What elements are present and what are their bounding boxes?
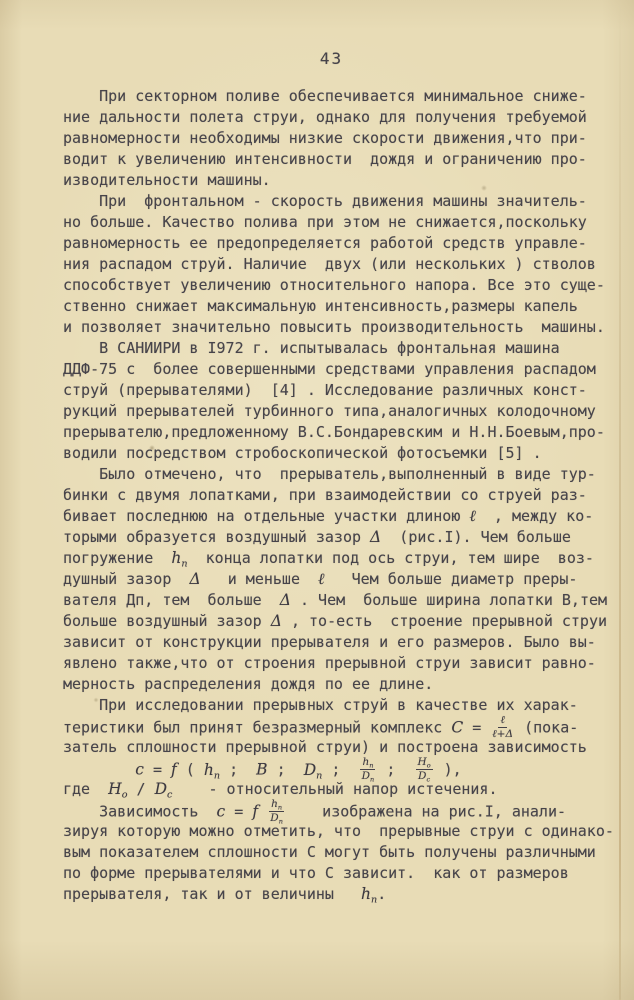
text-line: зависит от конструкции прерывателя и его… (63, 632, 623, 653)
scanned-page: 43 При секторном поливе обеспечивается м… (0, 0, 634, 1000)
handwritten-symbol: Dc (155, 780, 173, 798)
text-line: теристики был принят безразмерный компле… (63, 716, 623, 737)
text-line: явлено также,что от строения прерывной с… (63, 653, 623, 674)
text-line: ние дальности полета струи, однако для п… (63, 107, 623, 128)
handwritten-symbol: B (256, 761, 267, 779)
text-line: водили посредством стробоскопической фот… (63, 443, 623, 464)
handwritten-symbol: c (217, 803, 226, 821)
handwritten-symbol: Δ (370, 528, 381, 546)
text-line: погружение hп конца лопатки под ось стру… (63, 548, 623, 569)
paragraph: Было отмечено, что прерыватель,выполненн… (63, 464, 623, 695)
text-line: бинки с двумя лопатками, при взаимодейст… (63, 485, 623, 506)
text-line: рукций прерывателей турбинного типа,анал… (63, 401, 623, 422)
text-line: изводительности машины. (63, 170, 623, 191)
text-line: способствует увеличению относительного н… (63, 275, 623, 296)
text-line: прерывателя, так и от величины hп. (63, 884, 623, 905)
text-line: торыми образуется воздушный зазор Δ (рис… (63, 527, 623, 548)
handwritten-symbol: Ho (108, 780, 127, 798)
handwritten-symbol: Δ (280, 591, 291, 609)
text-line: струй (прерывателями) [4] . Исследование… (63, 380, 623, 401)
text-line: водит к увеличению интенсивности дождя и… (63, 149, 623, 170)
handwritten-symbol: C (451, 719, 463, 737)
page-text: При секторном поливе обеспечивается мини… (63, 86, 623, 905)
text-line: вым показателем сплошности С могут быть … (63, 842, 623, 863)
handwritten-symbol: hп (204, 761, 220, 779)
text-line: ственно снижает максимальную интенсивнос… (63, 296, 623, 317)
text-line: где Ho / Dc - относительный напор истече… (63, 779, 623, 800)
text-line: больше воздушный зазор Δ , то-есть строе… (63, 611, 623, 632)
handwritten-symbol: c (135, 761, 144, 779)
text-line: В САНИИРИ в I972 г. испытывалась фронтал… (63, 338, 623, 359)
paragraph: Зависимость c = f hпDп изображена на рис… (63, 800, 623, 905)
text-line: c = f ( hп ; B ; Dп ; hпDп ; HoDc ), (63, 758, 623, 779)
handwritten-symbol: f (171, 761, 177, 779)
text-line: бивает последнюю на отдельные участки дл… (63, 506, 623, 527)
text-line: и позволяет значительно повысить произво… (63, 317, 623, 338)
paragraph: В САНИИРИ в I972 г. испытывалась фронтал… (63, 338, 623, 464)
text-line: вателя Дп, тем больше Δ . Чем больше шир… (63, 590, 623, 611)
handwritten-symbol: ℓ (318, 570, 324, 588)
handwritten-symbol: Δ (271, 612, 282, 630)
handwritten-symbol: hп (171, 549, 187, 567)
handwritten-fraction: HoDc (416, 757, 433, 781)
text-line: прерывателю,предложенному В.С.Бондаревск… (63, 422, 623, 443)
text-line: При фронтальном - скорость движения маши… (63, 191, 623, 212)
handwritten-symbol: Dп (304, 761, 323, 779)
text-line: ДДФ-75 с более совершенными средствами у… (63, 359, 623, 380)
text-line: но больше. Качество полива при этом не с… (63, 212, 623, 233)
text-line: мерность распределения дождя по ее длине… (63, 674, 623, 695)
handwritten-symbol: f (252, 803, 258, 821)
text-line: затель сплошности прерывной струи) и пос… (63, 737, 623, 758)
text-line: Было отмечено, что прерыватель,выполненн… (63, 464, 623, 485)
text-line: равномерности необходимы низкие скорости… (63, 128, 623, 149)
handwritten-symbol: hп (361, 885, 377, 903)
text-line: При секторном поливе обеспечивается мини… (63, 86, 623, 107)
paragraph: При исследовании прерывных струй в качес… (63, 695, 623, 800)
page-number: 43 (63, 49, 600, 68)
text-line: Зависимость c = f hпDп изображена на рис… (63, 800, 623, 821)
text-line: по форме прерывателями и что С зависит. … (63, 863, 623, 884)
handwritten-fraction: hпDп (360, 757, 375, 781)
handwritten-symbol: Δ (189, 570, 200, 588)
handwritten-symbol: ℓ (469, 507, 475, 525)
handwritten-fraction: ℓℓ+Δ (492, 715, 513, 739)
text-line: При исследовании прерывных струй в качес… (63, 695, 623, 716)
text-line: равномерность ее предопределяется работо… (63, 233, 623, 254)
paragraph: При фронтальном - скорость движения маши… (63, 191, 623, 338)
text-line: душный зазор Δ и меньше ℓ Чем больше диа… (63, 569, 623, 590)
text-line: ния распадом струй. Наличие двух (или не… (63, 254, 623, 275)
handwritten-fraction: hпDп (269, 799, 284, 823)
text-line: зируя которую можно отметить, что прерыв… (63, 821, 623, 842)
paragraph: При секторном поливе обеспечивается мини… (63, 86, 623, 191)
